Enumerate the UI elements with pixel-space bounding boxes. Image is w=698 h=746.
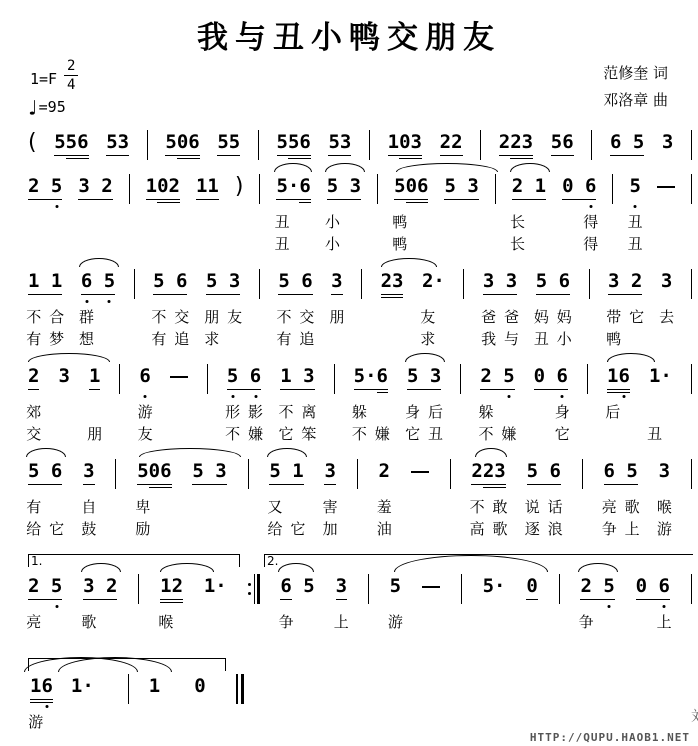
note-group: 3害加	[324, 459, 335, 483]
note-digits: 0 6	[636, 575, 670, 597]
lyric-syllable: 羞	[377, 495, 392, 519]
note-group: 2 5争	[580, 574, 614, 598]
beam-underline	[28, 199, 62, 200]
lyric-syllable: 高	[470, 517, 485, 541]
note-digits: 5 6	[278, 270, 312, 292]
lyric-syllable: 妈	[557, 305, 572, 329]
note-group: 2羞油	[379, 459, 390, 483]
music-system: 16游1·10	[28, 658, 692, 732]
beam-underline	[160, 599, 183, 600]
barline	[377, 174, 378, 204]
lyric-syllable: 害	[323, 495, 338, 519]
lyric-syllable: 加	[323, 517, 338, 541]
duration-dash	[657, 186, 675, 188]
note-digits: 5·	[483, 575, 506, 597]
sheet-music-page: { "title": "我与丑小鸭交朋友", "key_signature": …	[0, 0, 698, 746]
lyric-syllable: 游	[28, 710, 43, 734]
beam-underline	[527, 484, 561, 485]
barline	[369, 130, 370, 160]
note-group: 3 2带它鸭	[608, 269, 642, 293]
note-group: 6 5争	[280, 574, 314, 598]
lyric-syllable: 追	[174, 327, 189, 351]
lyric-syllable: 小	[557, 327, 572, 351]
lyric-syllable: 它	[555, 422, 570, 446]
beam-underline	[377, 392, 388, 393]
lyric-syllable: 长	[510, 210, 525, 234]
system-line: 2郊交31朋6游友5 6形影不嫌1 3不离它笨5·6躲不嫌5 3身后它丑2 5躲…	[28, 364, 692, 394]
note-group: 5 1又给它	[269, 459, 303, 483]
lyric-syllable: 上	[657, 610, 672, 634]
barline	[115, 459, 116, 489]
lyric-syllable: 爸	[481, 305, 496, 329]
beam-underline	[28, 484, 62, 485]
note-digits: 5	[629, 175, 640, 197]
note-group: 5·6躲不嫌	[354, 364, 388, 388]
beam-underline	[440, 155, 463, 156]
note-group: 5 6不交有追	[153, 269, 187, 293]
lyric-syllable: 求	[420, 327, 435, 351]
lyric-syllable: 浪	[548, 517, 563, 541]
beam-underline	[299, 202, 310, 203]
repeat-barline	[248, 574, 260, 604]
note-digits: 3 2	[78, 175, 112, 197]
lyric-syllable: 喉	[158, 610, 173, 634]
low-octave-dot	[623, 395, 626, 398]
lyric-syllable: 它	[629, 305, 644, 329]
barline	[128, 674, 129, 704]
note-group: 5 6有给它	[28, 459, 62, 483]
lyricist-credit: 范修奎 词	[603, 60, 668, 87]
note-group: 1	[149, 674, 160, 698]
barline	[612, 174, 613, 204]
barline	[258, 130, 259, 160]
lyric-syllable: 它	[49, 517, 64, 541]
note-group: 5·	[483, 574, 506, 598]
low-octave-dot	[663, 605, 666, 608]
low-octave-dot	[144, 395, 147, 398]
barline	[248, 459, 249, 489]
low-octave-dot	[55, 605, 58, 608]
note-digits: 23	[381, 270, 404, 292]
lyric-syllable: 不	[352, 422, 367, 446]
thick-bar	[257, 574, 260, 604]
beam-underline	[137, 484, 171, 485]
note-group: 506鸭鸭	[394, 174, 428, 198]
lyric-syllable: 得	[583, 210, 598, 234]
beam-underline	[196, 199, 219, 200]
note-group: 22	[440, 130, 463, 154]
note-group: 0 6上	[636, 574, 670, 598]
note-digits: 22	[440, 131, 463, 153]
lyric-syllable: 小	[325, 232, 340, 256]
barline	[495, 174, 496, 204]
note-digits: 1·	[649, 365, 672, 387]
lyric-syllable: 它	[278, 422, 293, 446]
beam-underline	[149, 487, 172, 488]
beam-underline	[28, 599, 62, 600]
lyric-syllable: 逐	[525, 517, 540, 541]
lyric-syllable: 丑	[428, 422, 443, 446]
lyric-syllable: 小	[325, 210, 340, 234]
lyric-syllable: 不	[470, 495, 485, 519]
lyric-syllable: 喉	[657, 495, 672, 519]
beam-underline	[192, 484, 226, 485]
note-digits: 3	[662, 131, 673, 153]
note-digits: 53	[328, 131, 351, 153]
note-digits: 2	[28, 365, 39, 387]
thin-bar	[254, 574, 255, 604]
note-digits: 1·	[204, 575, 227, 597]
note-group: 5丑丑	[629, 174, 640, 198]
barline	[691, 174, 692, 204]
barline	[207, 364, 208, 394]
barline	[691, 364, 692, 394]
beam-underline	[534, 389, 568, 390]
note-digits: 6 5	[280, 575, 314, 597]
beam-underline	[636, 599, 670, 600]
note-group: 5游	[390, 574, 401, 598]
beam-underline	[580, 599, 614, 600]
lyric-syllable: 交	[174, 305, 189, 329]
lyric-syllable: 歌	[493, 517, 508, 541]
lyric-syllable: 影	[248, 400, 263, 424]
barline	[591, 130, 592, 160]
note-digits: 3 3	[483, 270, 517, 292]
note-digits: 506	[137, 460, 171, 482]
beam-underline	[480, 389, 514, 390]
note-group: 5 6说话逐浪	[527, 459, 561, 483]
note-group: 5 3小小	[327, 174, 361, 198]
note-group: 55	[217, 130, 240, 154]
footer-url: HTTP://QUPU.HAOB1.NET	[530, 731, 690, 744]
note-group: 1·	[204, 574, 227, 598]
lyric-syllable: 有	[151, 327, 166, 351]
beam-underline	[444, 199, 478, 200]
quarter-note-icon: ♩	[26, 96, 39, 120]
system-line: 5 6有给它3自鼓506卑励5 35 1又给它3害加2羞油223不敢高歌5 6说…	[28, 459, 692, 489]
note-digits: 506	[165, 131, 199, 153]
watermark-glyph: 刘	[691, 706, 698, 726]
note-digits: 6 5	[604, 460, 638, 482]
score-header: 我与丑小鸭交朋友 1=F 2 4 ♩=95 范修奎 词 邓洛章 曲	[0, 0, 698, 128]
beam-underline	[83, 484, 94, 485]
lyric-syllable: 形	[225, 400, 240, 424]
note-group: 0 6身它	[534, 364, 568, 388]
score: (55653506555565310322223566 532 53 21021…	[28, 130, 692, 732]
low-octave-dot	[231, 395, 234, 398]
note-group: 5 6形影不嫌	[227, 364, 261, 388]
note-group: 5 3	[192, 459, 226, 483]
beam-underline	[526, 599, 537, 600]
note-group: 6 5亮歌争上	[604, 459, 638, 483]
note-digits: 3	[83, 460, 94, 482]
lyric-syllable: 梦	[49, 327, 64, 351]
beam-underline	[399, 158, 422, 159]
lyric-syllable: 后	[605, 400, 620, 424]
beam-underline	[177, 158, 200, 159]
note-group: 1·	[71, 674, 94, 698]
lyric-syllable: 又	[268, 495, 283, 519]
beam-underline	[381, 297, 404, 298]
note-digits: 1·	[71, 675, 94, 697]
barline	[691, 574, 692, 604]
beam-underline	[328, 155, 351, 156]
lyric-syllable: 不	[151, 305, 166, 329]
note-digits: 5 3	[206, 270, 240, 292]
lyric-syllable: 交	[26, 422, 41, 446]
note-digits: 3	[324, 460, 335, 482]
barline	[559, 574, 560, 604]
dot	[248, 583, 251, 586]
lyric-syllable: 躲	[479, 400, 494, 424]
lyric-syllable: 鼓	[81, 517, 96, 541]
lyric-syllable: 争	[579, 610, 594, 634]
time-signature-numerator: 2	[64, 58, 78, 76]
note-digits: 102	[146, 175, 180, 197]
note-group: 2 5躲不嫌	[480, 364, 514, 388]
low-octave-dot	[561, 395, 564, 398]
barline	[460, 364, 461, 394]
beam-underline	[381, 294, 404, 295]
note-group: 2 5	[28, 174, 62, 198]
note-digits: 5 3	[407, 365, 441, 387]
lyric-syllable: 敢	[493, 495, 508, 519]
beam-underline	[30, 702, 53, 703]
low-octave-dot	[507, 395, 510, 398]
lyric-syllable: 给	[268, 517, 283, 541]
lyric-syllable: 友	[420, 305, 435, 329]
beam-underline	[336, 599, 347, 600]
low-octave-dot	[46, 705, 49, 708]
note-digits: 3	[58, 365, 69, 387]
beam-underline	[78, 199, 112, 200]
lyric-syllable: 丑	[628, 210, 643, 234]
volta-label: 2.	[267, 555, 278, 568]
music-system: 5 6有给它3自鼓506卑励5 35 1又给它3害加2羞油223不敢高歌5 6说…	[28, 459, 692, 554]
note-group: 556	[54, 130, 88, 154]
beam-underline	[277, 155, 311, 156]
beam-underline	[327, 199, 361, 200]
lyric-syllable: 励	[135, 517, 150, 541]
note-digits: 223	[499, 131, 533, 153]
note-group: 506卑励	[137, 459, 171, 483]
lyric-syllable: 亮	[602, 495, 617, 519]
beam-underline	[354, 389, 388, 390]
barline	[334, 364, 335, 394]
volta-bracket: 1.	[28, 554, 240, 567]
note-digits: 0	[526, 575, 537, 597]
note-digits: 5	[390, 575, 401, 597]
lyric-syllable: 游	[657, 517, 672, 541]
beam-underline	[83, 599, 117, 600]
beam-underline	[165, 155, 199, 156]
lyric-syllable: 后	[428, 400, 443, 424]
note-group: 3 2歌	[83, 574, 117, 598]
note-digits: 5 6	[536, 270, 570, 292]
song-title: 我与丑小鸭交朋友	[0, 12, 698, 57]
lyric-syllable: 合	[49, 305, 64, 329]
beam-underline	[227, 389, 261, 390]
lyric-syllable: 上	[334, 610, 349, 634]
beam-underline	[269, 484, 303, 485]
lyric-syllable: 不	[26, 305, 41, 329]
note-digits: 6 5	[610, 131, 644, 153]
barline	[129, 174, 130, 204]
low-octave-dot	[254, 395, 257, 398]
low-octave-dot	[55, 205, 58, 208]
beam-underline	[160, 602, 183, 603]
low-octave-dot	[589, 205, 592, 208]
lyric-syllable: 爸	[504, 305, 519, 329]
note-digits: 0 6	[534, 365, 568, 387]
note-digits: 11	[196, 175, 219, 197]
lyric-syllable: 交	[299, 305, 314, 329]
lyric-syllable: 说	[525, 495, 540, 519]
lyric-syllable: 嫌	[248, 422, 263, 446]
note-group: 3	[662, 130, 673, 154]
lyric-syllable: 有	[277, 327, 292, 351]
note-digits: 3	[661, 270, 672, 292]
beam-underline	[483, 294, 517, 295]
note-group: 3朋	[331, 269, 342, 293]
note-group: 1 1不合有梦	[28, 269, 62, 293]
lyric-syllable: 追	[299, 327, 314, 351]
note-digits: 2·	[422, 270, 445, 292]
beam-underline	[280, 389, 314, 390]
lyric-syllable: 不	[479, 422, 494, 446]
beam-underline	[610, 155, 644, 156]
note-digits: 3 2	[608, 270, 642, 292]
lyric-syllable: 游	[388, 610, 403, 634]
beam-underline	[217, 155, 240, 156]
barline	[119, 364, 120, 394]
note-group: 1朋	[89, 364, 100, 388]
note-digits: 16	[607, 365, 630, 387]
barline	[361, 269, 362, 299]
note-group: 3上	[336, 574, 347, 598]
beam-underline	[607, 389, 630, 390]
note-group: 3去	[661, 269, 672, 293]
note-digits: 1 3	[280, 365, 314, 387]
note-digits: 3	[331, 270, 342, 292]
music-system: 1.2.2 5亮3 2歌12喉1·6 5争3上5游5·02 5争0 6上	[28, 554, 692, 658]
lyric-syllable: 郊	[26, 400, 41, 424]
note-digits: 56	[551, 131, 574, 153]
barline	[368, 574, 369, 604]
system-line: 16游1·10	[28, 658, 692, 704]
note-group: 53	[328, 130, 351, 154]
beam-underline	[331, 294, 342, 295]
note-digits: 3	[659, 460, 670, 482]
lyric-syllable: 嫌	[501, 422, 516, 446]
note-digits: 2 5	[28, 175, 62, 197]
lyric-syllable: 离	[301, 400, 316, 424]
thin-bar	[236, 674, 238, 704]
lyric-syllable: 与	[504, 327, 519, 351]
time-signature-denominator: 4	[64, 76, 78, 93]
low-octave-dot	[108, 300, 111, 303]
lyric-syllable: 不	[278, 400, 293, 424]
barline	[147, 130, 148, 160]
lyric-syllable: 鸭	[606, 327, 621, 351]
note-digits: 5 6	[227, 365, 261, 387]
note-group: 16游	[30, 674, 53, 698]
note-group: 12喉	[160, 574, 183, 598]
note-digits: 556	[277, 131, 311, 153]
system-line: 1 1不合有梦6 5群想5 6不交有追5 3朋友求5 6不交有追3朋232·友求…	[28, 269, 692, 299]
note-digits: 3	[336, 575, 347, 597]
barline	[450, 459, 451, 489]
music-system: 2郊交31朋6游友5 6形影不嫌1 3不离它笨5·6躲不嫌5 3身后它丑2 5躲…	[28, 364, 692, 459]
note-group: 3	[58, 364, 69, 388]
beam-underline	[54, 155, 88, 156]
note-digits: 1	[89, 365, 100, 387]
composer-credit: 邓洛章 曲	[603, 87, 668, 114]
music-system: 2 53 210211)5·6丑丑5 3小小506鸭鸭5 32 1长长0 6得得…	[28, 174, 692, 269]
beam-underline	[510, 158, 533, 159]
thick-bar	[241, 674, 244, 704]
lyric-syllable: 给	[26, 517, 41, 541]
note-digits: 2 5	[28, 575, 62, 597]
note-group: 0	[526, 574, 537, 598]
lyric-syllable: 争	[602, 517, 617, 541]
lyric-syllable: 油	[377, 517, 392, 541]
lyric-syllable: 卑	[135, 495, 150, 519]
lyric-syllable: 丑	[275, 210, 290, 234]
note-digits: 5 3	[327, 175, 361, 197]
lyric-syllable: 自	[81, 495, 96, 519]
note-digits: 5 6	[527, 460, 561, 482]
beam-underline	[30, 699, 53, 700]
key-signature: 1=F	[30, 70, 57, 88]
note-group: 23	[381, 269, 404, 293]
note-group: 0	[194, 674, 205, 698]
beam-underline	[157, 202, 180, 203]
note-digits: 0 6	[562, 175, 596, 197]
lyric-syllable: 身	[405, 400, 420, 424]
note-digits: 5·6	[276, 175, 310, 197]
lyric-syllable: 朋	[87, 422, 102, 446]
note-group: 0 6得得	[562, 174, 596, 198]
note-digits: 0	[194, 675, 205, 697]
note-digits: 55	[217, 131, 240, 153]
barline	[138, 574, 139, 604]
note-group: 1·丑	[649, 364, 672, 388]
note-digits: 6	[139, 365, 150, 387]
low-octave-dot	[608, 605, 611, 608]
note-group: 2郊交	[28, 364, 39, 388]
low-octave-dot	[634, 205, 637, 208]
lyric-syllable: 躲	[352, 400, 367, 424]
barline	[587, 364, 588, 394]
barline	[480, 130, 481, 160]
note-digits: 1	[149, 675, 160, 697]
beam-underline	[483, 487, 506, 488]
lyric-syllable: 有	[26, 495, 41, 519]
lyric-syllable: 笨	[301, 422, 316, 446]
beam-underline	[276, 199, 310, 200]
lyric-syllable: 丑	[647, 422, 662, 446]
barline	[691, 459, 692, 489]
note-digits: 16	[30, 675, 53, 697]
lyric-syllable: 有	[26, 327, 41, 351]
note-group: 6游友	[139, 364, 150, 388]
barline	[461, 574, 462, 604]
lyric-syllable: 嫌	[375, 422, 390, 446]
note-group: 2 5亮	[28, 574, 62, 598]
note-digits: 2	[379, 460, 390, 482]
lyric-syllable: 群	[79, 305, 94, 329]
